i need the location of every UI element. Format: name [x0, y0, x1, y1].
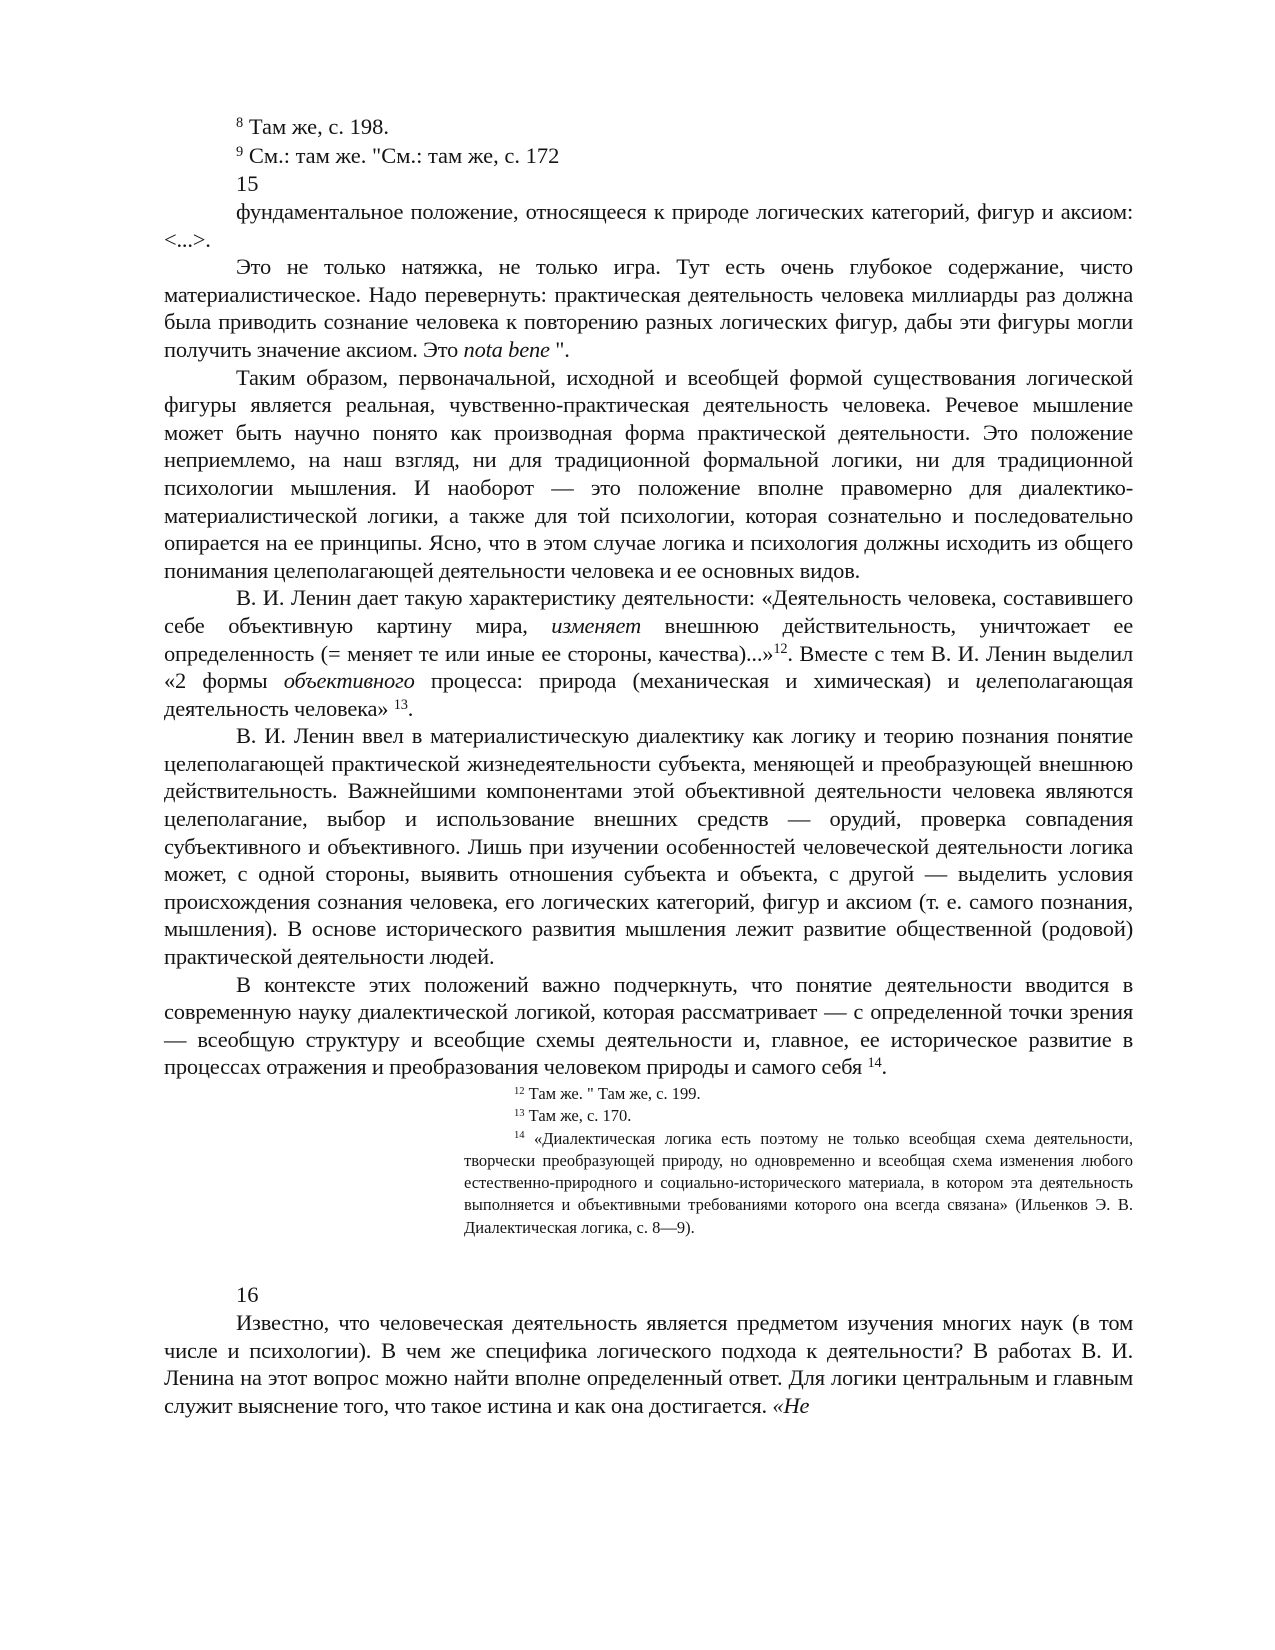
- bottom-footnote-block: 12 Там же. " Там же, с. 199. 13 Там же, …: [464, 1083, 1133, 1239]
- page-number-16: 16: [164, 1281, 1133, 1309]
- document-page: 8 Там же, с. 198. 9 См.: там же. "См.: т…: [0, 0, 1275, 1650]
- paragraph: В. И. Ленин дает такую характеристику де…: [164, 584, 1133, 722]
- footnote-13: 13 Там же, с. 170.: [464, 1105, 1133, 1127]
- section-16-body: Известно, что человеческая деятельность …: [164, 1309, 1133, 1419]
- paragraph: Это не только натяжка, не только игра. Т…: [164, 253, 1133, 363]
- section-15-body: фундаментальное положение, относящееся к…: [164, 198, 1133, 1081]
- footnote-ref-9: 9 См.: там же. "См.: там же, с. 172: [164, 141, 1133, 170]
- top-footnote-block: 8 Там же, с. 198. 9 См.: там же. "См.: т…: [164, 112, 1133, 170]
- paragraph: Известно, что человеческая деятельность …: [164, 1309, 1133, 1419]
- footnote-14: 14 «Диалектическая логика есть поэтому н…: [464, 1128, 1133, 1239]
- footnote-ref-8: 8 Там же, с. 198.: [164, 112, 1133, 141]
- paragraph: В. И. Ленин ввел в материалистическую ди…: [164, 722, 1133, 970]
- paragraph: Таким образом, первоначальной, исходной …: [164, 364, 1133, 585]
- page-number-15: 15: [164, 170, 1133, 198]
- text-column: 8 Там же, с. 198. 9 См.: там же. "См.: т…: [164, 112, 1133, 1419]
- paragraph: В контексте этих положений важно подчерк…: [164, 971, 1133, 1081]
- footnote-12: 12 Там же. " Там же, с. 199.: [464, 1083, 1133, 1105]
- paragraph: фундаментальное положение, относящееся к…: [164, 198, 1133, 253]
